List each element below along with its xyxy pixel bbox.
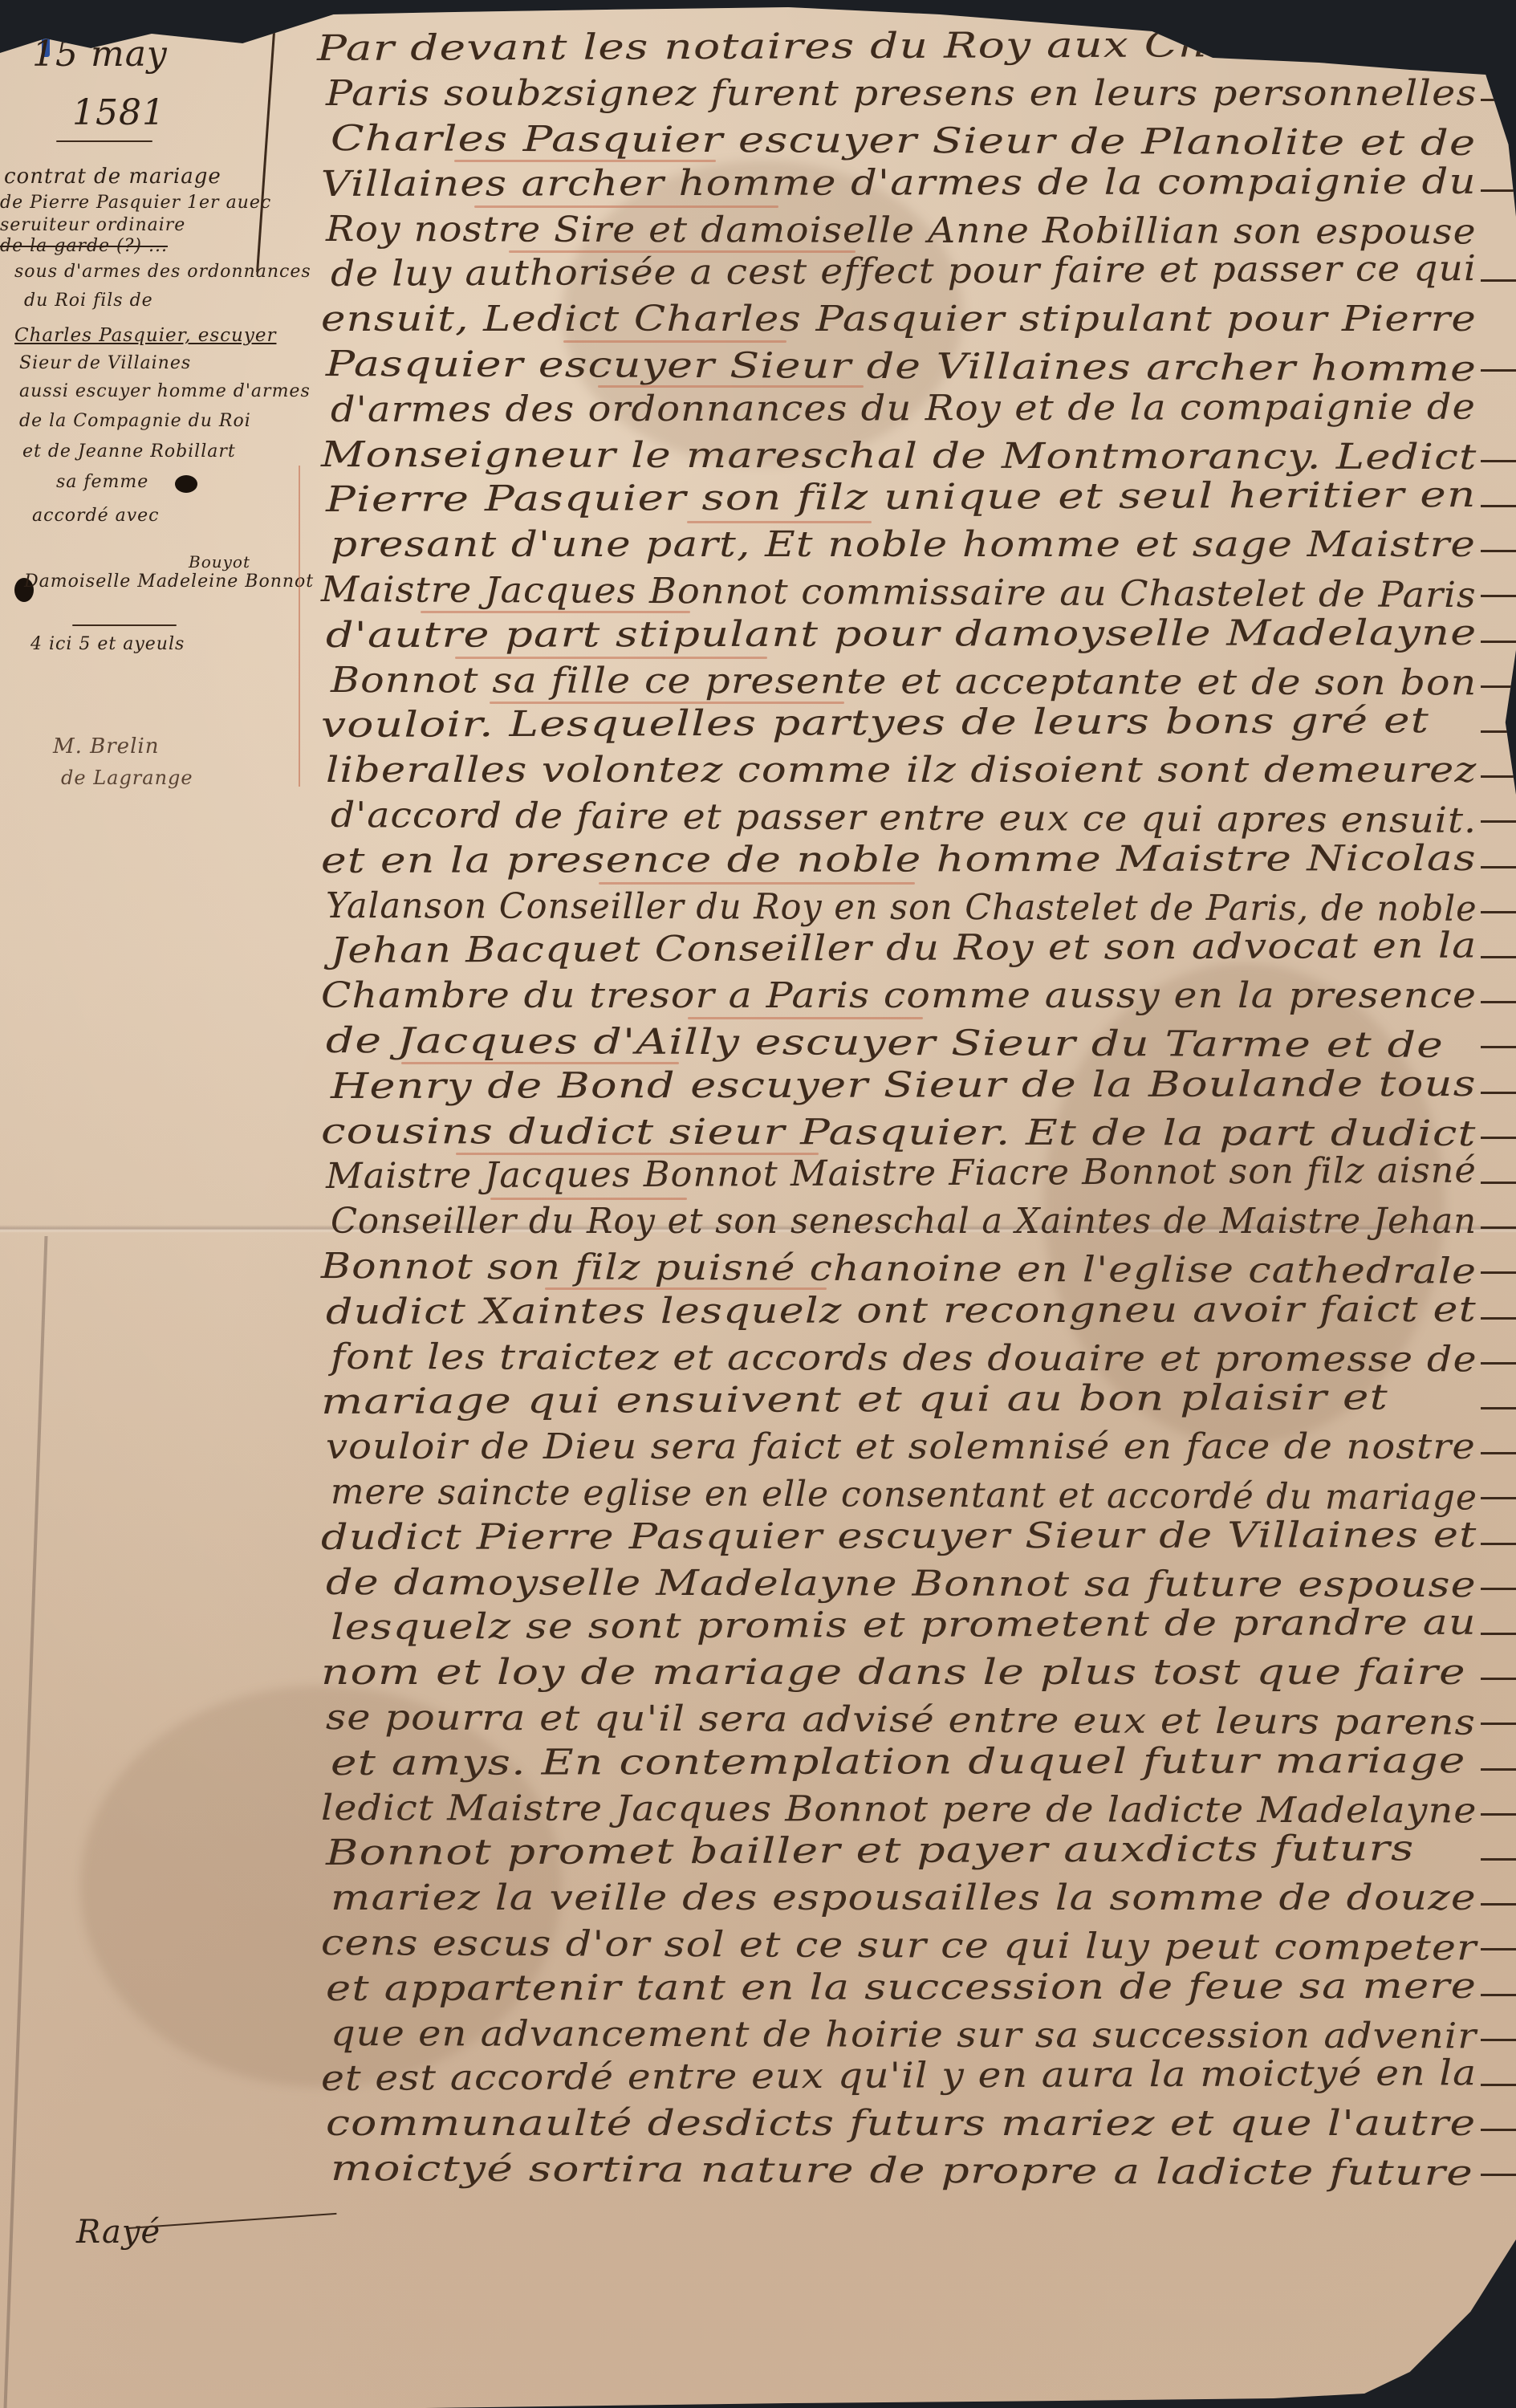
line-filler-dash [1481,775,1516,778]
line-filler-dash [1481,730,1516,733]
ink-blot [175,475,197,493]
line-filler-dash [1481,1768,1516,1771]
red-underline [421,611,690,613]
contract-line: et en la presence de noble homme Maistre… [321,837,1477,881]
contract-line: Bonnot promet bailler et payer auxdicts … [326,1828,1415,1873]
contract-line: vouloir. Lesquelles partyes de leurs bon… [321,700,1430,746]
contract-line: Jehan Bacquet Conseiller du Roy et son a… [331,925,1477,971]
line-filler-dash [1481,1858,1516,1861]
reference-number: n.1 [96,6,129,29]
contract-line: dudict Xaintes lesquelz ont recongneu av… [326,1288,1477,1332]
margin-note: seruiteur ordinaire [0,215,185,235]
contract-line: liberalles volontez comme ilz disoient s… [326,750,1477,791]
margin-note: sa femme [56,472,148,492]
contract-line: Yalanson Conseiller du Roy en son Chaste… [326,885,1477,929]
red-underline [401,1062,679,1064]
contract-line: Monseigneur le mareschal de Montmorancy.… [321,434,1477,478]
margin-note: accordé avec [32,506,160,526]
margin-rule [256,32,275,272]
contract-opening-line: Par devant les notaires du Roy aux Chast… [317,23,1438,69]
line-filler-dash [1481,911,1516,913]
contract-line: Pasquier escuyer Sieur de Villaines arch… [326,344,1477,389]
margin-note: Sieur de Villaines [19,353,191,373]
line-filler-dash [1481,460,1516,462]
year-underline [56,140,152,142]
vertical-crease [4,1236,48,2408]
margin-note: et de Jeanne Robillart [22,441,236,462]
line-filler-dash [1481,279,1516,282]
line-filler-dash [1481,2039,1516,2041]
line-filler-dash [1481,1723,1516,1725]
contract-line: vouloir de Dieu sera faict et solemnisé … [326,1426,1476,1467]
contract-line: Bonnot sa fille ce presente et acceptant… [331,660,1477,703]
contract-line: presant d'une part, Et noble homme et sa… [331,524,1476,565]
contract-line: dudict Pierre Pasquier escuyer Sieur de … [321,1514,1477,1557]
line-filler-dash [1481,369,1516,372]
line-filler-dash [1481,1903,1516,1906]
line-filler-dash [1481,866,1516,868]
contract-line: et appartenir tant en la succession de f… [326,1965,1477,2008]
contract-line: et est accordé entre eux qu'il y en aura… [321,2052,1477,2099]
line-filler-dash [1481,1271,1516,1274]
line-filler-dash [1481,1813,1516,1816]
contract-line: moictyé sortira nature de propre a ladic… [331,2148,1473,2194]
line-filler-dash [1481,1948,1516,1950]
note-underline [72,624,177,626]
contract-line: Charles Pasquier escuyer Sieur de Planol… [331,118,1477,164]
contract-line: Maistre Jacques Bonnot Maistre Fiacre Bo… [326,1150,1477,1197]
line-filler-dash [1481,1497,1516,1499]
contract-line: Conseiller du Roy et son seneschal a Xai… [331,1201,1477,1242]
margin-note: aussi escuyer homme d'armes [19,381,311,401]
margin-note-bride: Damoiselle Madeleine Bonnot [24,571,314,592]
line-filler-dash [1481,1001,1516,1003]
line-filler-dash [1481,595,1516,597]
contract-line: Chambre du tresor a Paris comme aussy en… [321,975,1477,1016]
margin-note: sous d'armes des ordonnances [14,262,311,282]
line-filler-dash [1481,1994,1516,1996]
contract-line: d'armes des ordonnances du Roy et de la … [331,386,1476,429]
line-filler-dash [1481,1543,1516,1545]
red-underline [599,882,915,885]
contract-line: mere saincte eglise en elle consentant e… [331,1471,1477,1519]
line-filler-dash [1481,641,1516,643]
red-underline [688,1017,923,1019]
margin-note-charles: Charles Pasquier, escuyer [14,325,276,346]
margin-note-notary: de Lagrange [61,767,193,789]
line-filler-dash [1481,2084,1516,2086]
contract-line: se pourra et qu'il sera advisé entre eux… [326,1697,1476,1743]
line-filler-dash [1481,1678,1516,1680]
contract-line: mariez la veille des espousailles la som… [331,1877,1477,1918]
line-filler-dash [1481,1092,1516,1094]
margin-note: 4 ici 5 et ayeuls [30,634,185,654]
contract-line: Roy nostre Sire et damoiselle Anne Robil… [326,209,1477,253]
contract-line: nom et loy de mariage dans le plus tost … [321,1652,1466,1693]
line-filler-dash [1481,1452,1516,1454]
correction-above: Bouyot [189,552,250,571]
contract-line: mariage qui ensuivent et qui au bon plai… [321,1377,1388,1422]
contract-line: Henry de Bond escuyer Sieur de la Boulan… [331,1064,1477,1107]
line-filler-dash [1481,2129,1516,2131]
line-filler-dash [1481,1182,1516,1184]
margin-note: de Pierre Pasquier 1er auec [0,193,271,213]
line-filler-dash [1481,1226,1516,1229]
line-filler-dash [1481,505,1516,507]
line-filler-dash [1481,2174,1516,2176]
contract-line: que en advancement de hoirie sur sa succ… [331,2013,1477,2056]
line-filler-dash [1481,1588,1516,1590]
red-underline [455,657,767,659]
line-filler-dash [1481,1633,1516,1635]
contract-line: de luy authorisée a cest effect pour fai… [331,248,1477,295]
contract-line: d'autre part stipulant pour damoyselle M… [326,612,1477,656]
contract-line: cens escus d'or sol et ce sur ce qui luy… [321,1922,1477,1969]
line-filler-dash [1481,550,1516,552]
margin-note-struck: de la garde (?) ... [0,236,168,256]
contract-line: de damoyselle Madelayne Bonnot sa future… [326,1562,1477,1605]
margin-year: 1581 [72,92,165,133]
line-filler-dash [1481,1137,1516,1139]
contract-line: de Jacques d'Ailly escuyer Sieur du Tarm… [326,1020,1444,1066]
contract-line: d'accord de faire et passer entre eux ce… [331,795,1477,841]
line-filler-dash [1481,820,1516,823]
manuscript-page: n.1 15 may 1581 contrat de mariage de Pi… [0,0,1516,2408]
contract-line: lesquelz se sont promis et prometent de … [331,1602,1477,1648]
contract-line: Pierre Pasquier son filz unique et seul … [326,474,1477,520]
raye-mark: Rayé [76,2214,161,2251]
line-filler-dash [1481,99,1516,101]
contract-line: Bonnot son filz puisné chanoine en l'egl… [321,1246,1477,1292]
contract-line: Paris soubzsignez furent presens en leur… [326,73,1477,114]
margin-note: de la Compagnie du Roi [19,411,251,431]
red-underline [563,340,786,343]
margin-note: du Roi fils de [24,291,153,311]
red-margin-rule [299,466,300,787]
line-filler-dash [1481,956,1516,958]
line-filler-dash [1481,1362,1516,1365]
contract-line: et amys. En contemplation duquel futur m… [331,1740,1466,1784]
contract-line: Maistre Jacques Bonnot commissaire au Ch… [321,569,1477,616]
margin-note-title: contrat de mariage [4,165,222,189]
red-underline [490,1198,687,1200]
margin-note-notary: M. Brelin [53,734,159,759]
line-filler-dash [1481,1317,1516,1320]
contract-line: ensuit, Ledict Charles Pasquier stipulan… [321,299,1477,340]
line-filler-dash [1481,1407,1516,1409]
line-filler-dash [1481,685,1516,688]
contract-line: ledict Maistre Jacques Bonnot pere de la… [321,1788,1477,1831]
red-underline [454,160,716,162]
line-filler-dash [1481,189,1516,192]
red-underline [687,521,872,523]
margin-date: 15 may [32,34,168,75]
red-underline [474,205,778,208]
contract-line: communaulté desdicts futurs mariez et qu… [326,2103,1476,2144]
line-filler-dash [1481,1046,1516,1048]
contract-line: cousins dudict sieur Pasquier. Et de la … [321,1111,1477,1154]
contract-line: Villaines archer homme d'armes de la com… [321,161,1477,204]
contract-line: font les traictez et accords des douaire… [331,1336,1477,1380]
